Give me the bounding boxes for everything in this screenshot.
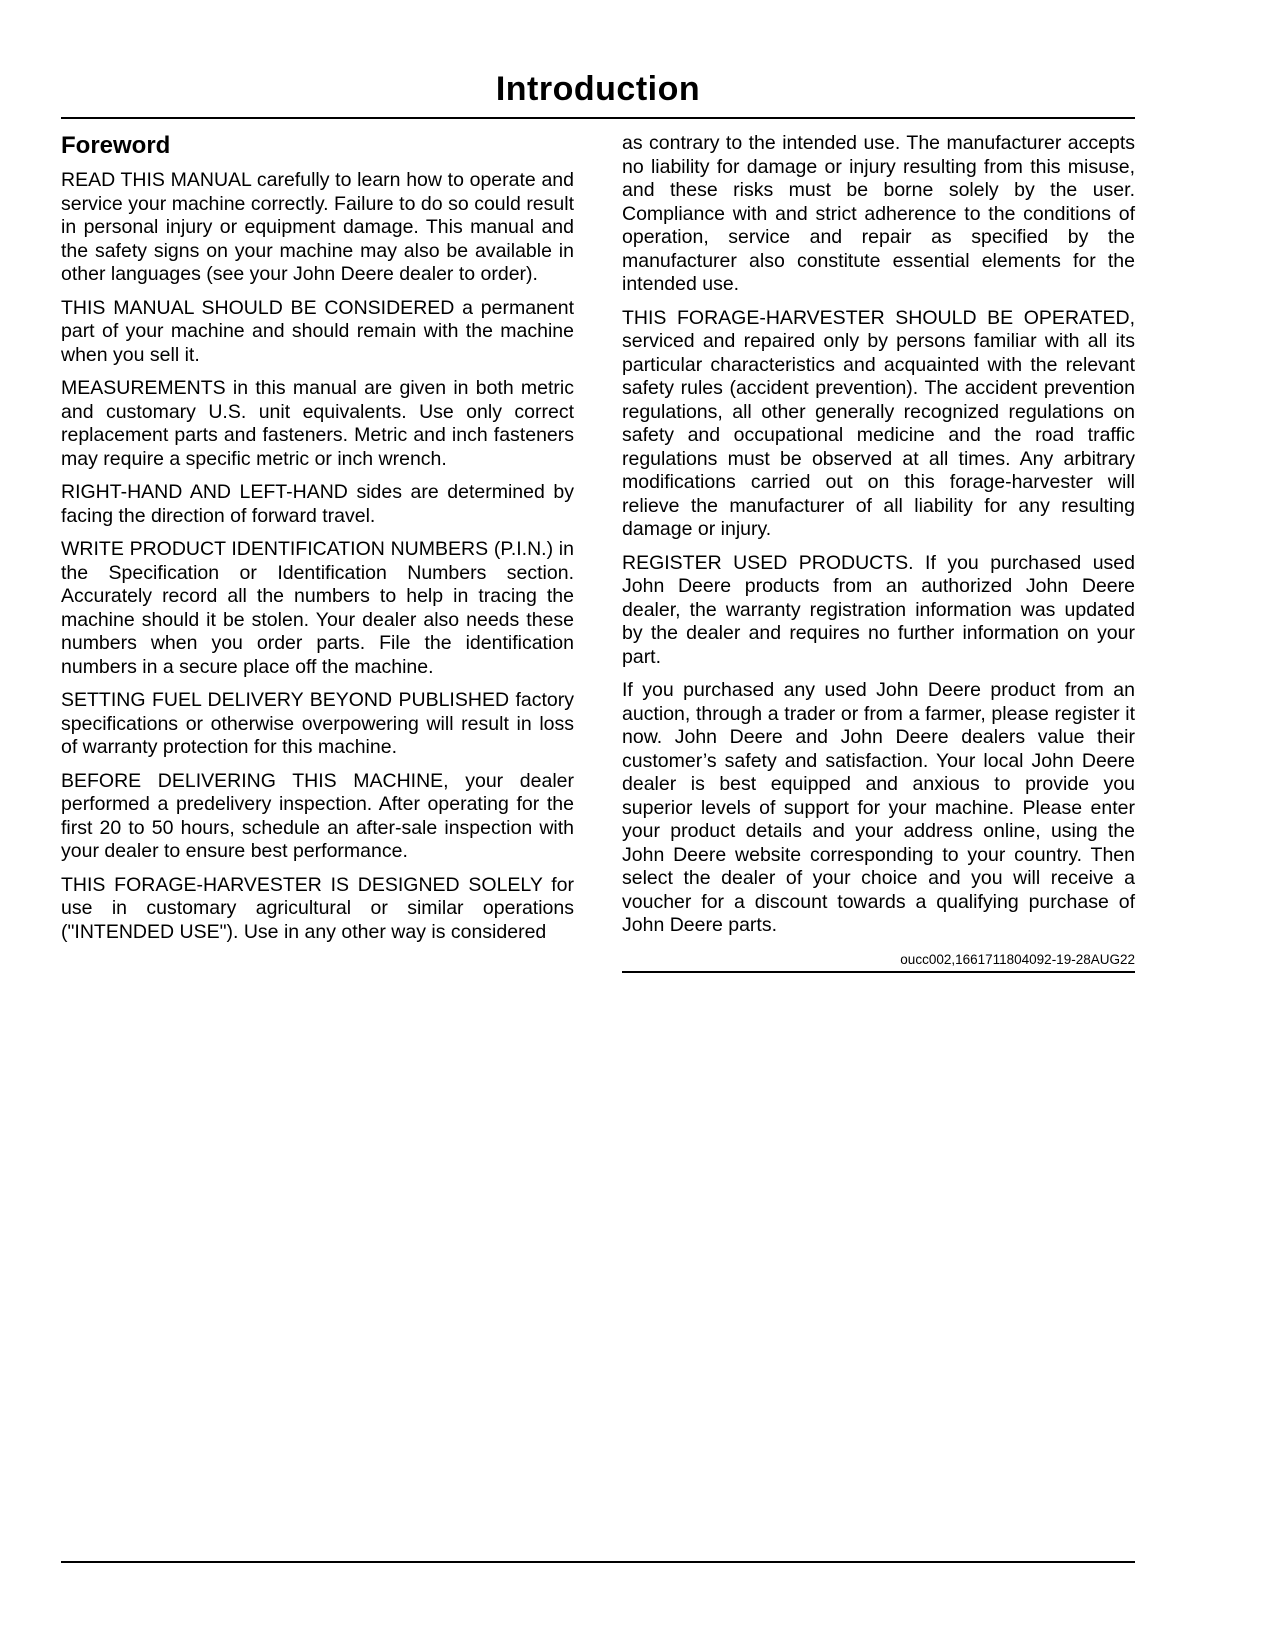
page-bottom-divider [61, 1561, 1135, 1563]
paragraph: THIS MANUAL SHOULD BE CONSIDERED a perma… [61, 297, 574, 368]
paragraph: MEASUREMENTS in this manual are given in… [61, 377, 574, 471]
paragraph: WRITE PRODUCT IDENTIFICATION NUMBERS (P.… [61, 538, 574, 679]
document-code: oucc002,1661711804092-19-28AUG22 [622, 952, 1135, 968]
paragraph: THIS FORAGE-HARVESTER IS DESIGNED SOLELY… [61, 874, 574, 945]
paragraph: REGISTER USED PRODUCTS. If you purchased… [622, 552, 1135, 670]
page-title: Introduction [61, 70, 1135, 108]
manual-page: Introduction Foreword READ THIS MANUAL c… [0, 0, 1275, 1650]
paragraph: READ THIS MANUAL carefully to learn how … [61, 169, 574, 287]
paragraph: THIS FORAGE-HARVESTER SHOULD BE OPERATED… [622, 307, 1135, 542]
two-column-body: Foreword READ THIS MANUAL carefully to l… [61, 132, 1135, 973]
title-divider [61, 117, 1135, 119]
left-column: Foreword READ THIS MANUAL carefully to l… [61, 132, 574, 973]
paragraph: RIGHT-HAND AND LEFT-HAND sides are deter… [61, 481, 574, 528]
paragraph: If you purchased any used John Deere pro… [622, 679, 1135, 938]
page-content: Introduction Foreword READ THIS MANUAL c… [61, 70, 1135, 973]
paragraph: as contrary to the intended use. The man… [622, 132, 1135, 297]
section-heading: Foreword [61, 132, 574, 160]
paragraph: BEFORE DELIVERING THIS MACHINE, your dea… [61, 770, 574, 864]
section-end-divider [622, 971, 1135, 973]
paragraph: SETTING FUEL DELIVERY BEYOND PUBLISHED f… [61, 689, 574, 760]
right-column: as contrary to the intended use. The man… [622, 132, 1135, 973]
